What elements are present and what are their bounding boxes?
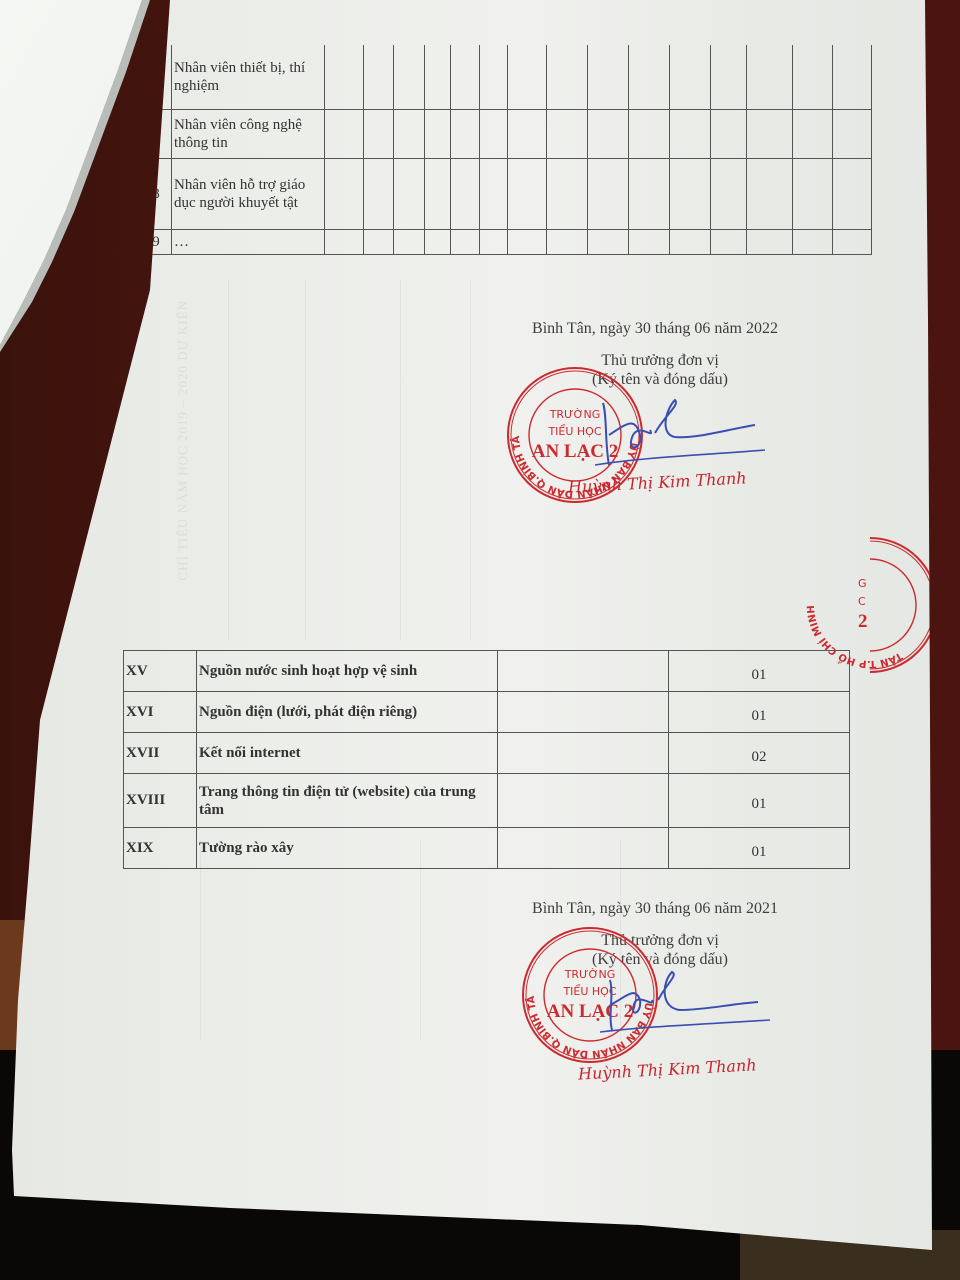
blank-cell [364, 230, 394, 255]
blank-cell [547, 230, 588, 255]
blank-cell [480, 230, 508, 255]
blank-cell [364, 159, 394, 230]
svg-text:TRƯỜNG: TRƯỜNG [549, 408, 601, 421]
item-label: Kết nối internet [197, 733, 498, 774]
show-through-line [228, 280, 229, 640]
blank-cell [480, 45, 508, 110]
show-through-line [305, 280, 306, 640]
blank-cell [325, 230, 364, 255]
blank-cell [833, 230, 872, 255]
table-row: XVIIITrang thông tin điện tử (website) c… [124, 774, 850, 828]
blank-cell [629, 110, 670, 159]
blank-cell [451, 159, 480, 230]
blank-cell [325, 45, 364, 110]
blank-cell [711, 110, 747, 159]
blank-cell [793, 45, 833, 110]
blank-cell [425, 110, 451, 159]
item-quantity: 01 [669, 651, 850, 692]
blank-cell [588, 159, 629, 230]
blank-cell [508, 110, 547, 159]
blank-cell [670, 230, 711, 255]
blank-cell [670, 45, 711, 110]
item-code: XVI [124, 692, 197, 733]
table-row: 7Nhân viên công nghệ thông tin [141, 110, 872, 159]
blank-cell [394, 45, 425, 110]
blank-cell [508, 230, 547, 255]
item-code: XIX [124, 828, 197, 869]
svg-text:2: 2 [858, 611, 868, 632]
blank-cell [747, 45, 793, 110]
blank-cell [588, 230, 629, 255]
blank-cell [547, 159, 588, 230]
blank-cell [833, 110, 872, 159]
blank-cell [508, 159, 547, 230]
blank-cell [629, 159, 670, 230]
blank-cell [793, 159, 833, 230]
blank-cell [480, 159, 508, 230]
blank-cell [547, 110, 588, 159]
blank-cell [498, 651, 669, 692]
blank-cell [747, 159, 793, 230]
table-row: 9… [141, 230, 872, 255]
handwritten-signature-icon [595, 395, 775, 475]
blank-cell [793, 230, 833, 255]
blank-cell [793, 110, 833, 159]
show-through-line [400, 280, 401, 640]
table-row: XVNguồn nước sinh hoạt hợp vệ sinh01 [124, 651, 850, 692]
blank-cell [498, 774, 669, 828]
blank-cell [394, 110, 425, 159]
blank-cell [325, 110, 364, 159]
blank-cell [629, 230, 670, 255]
item-label: Tường rào xây [197, 828, 498, 869]
staff-role: Nhân viên hỗ trợ giáo dục người khuyết t… [172, 159, 325, 230]
blank-cell [588, 45, 629, 110]
staff-role: Nhân viên thiết bị, thí nghiệm [172, 45, 325, 110]
blank-cell [711, 230, 747, 255]
item-label: Nguồn điện (lưới, phát điện riêng) [197, 692, 498, 733]
table-row: 6Nhân viên thiết bị, thí nghiệm [141, 45, 872, 110]
blank-cell [480, 110, 508, 159]
blank-cell [711, 45, 747, 110]
blank-cell [508, 45, 547, 110]
blank-cell [629, 45, 670, 110]
place-date-2022: Bình Tân, ngày 30 tháng 06 năm 2022 [505, 320, 805, 338]
staff-role: Nhân viên công nghệ thông tin [172, 110, 325, 159]
blank-cell [364, 110, 394, 159]
item-code: XV [124, 651, 197, 692]
blank-cell [451, 230, 480, 255]
blank-cell [451, 45, 480, 110]
blank-cell [425, 45, 451, 110]
blank-cell [747, 230, 793, 255]
staff-table: 6Nhân viên thiết bị, thí nghiệm7Nhân viê… [140, 45, 872, 255]
show-through-line [470, 280, 471, 640]
table-row: XVINguồn điện (lưới, phát điện riêng)01 [124, 692, 850, 733]
blank-cell [833, 159, 872, 230]
show-through-line [200, 840, 201, 1040]
place-date-2021: Bình Tân, ngày 30 tháng 06 năm 2021 [500, 900, 810, 918]
blank-cell [498, 828, 669, 869]
blank-cell [451, 110, 480, 159]
svg-text:C: C [858, 595, 866, 608]
item-quantity: 02 [669, 733, 850, 774]
blank-cell [833, 45, 872, 110]
blank-cell [425, 159, 451, 230]
blank-cell [394, 230, 425, 255]
item-label: Nguồn nước sinh hoạt hợp vệ sinh [197, 651, 498, 692]
item-code: XVII [124, 733, 197, 774]
item-label: Trang thông tin điện tử (website) của tr… [197, 774, 498, 828]
blank-cell [498, 733, 669, 774]
blank-cell [588, 110, 629, 159]
handwritten-signature-icon [600, 970, 780, 1040]
blank-cell [711, 159, 747, 230]
item-quantity: 01 [669, 828, 850, 869]
table-row: XIXTường rào xây01 [124, 828, 850, 869]
blank-cell [547, 45, 588, 110]
facilities-table: XVNguồn nước sinh hoạt hợp vệ sinh01XVIN… [123, 650, 850, 869]
blank-cell [394, 159, 425, 230]
item-code: XVIII [124, 774, 197, 828]
svg-text:TIỂU HỌC: TIỂU HỌC [547, 424, 601, 438]
blank-cell [747, 110, 793, 159]
show-through-line [420, 840, 421, 1040]
blank-cell [498, 692, 669, 733]
blank-cell [670, 159, 711, 230]
blank-cell [670, 110, 711, 159]
item-quantity: 01 [669, 774, 850, 828]
show-through-text: CHỈ TIÊU NĂM HỌC 2019 – 2020 DỰ KIẾN [175, 300, 191, 581]
staff-role: … [172, 230, 325, 255]
item-quantity: 01 [669, 692, 850, 733]
blank-cell [425, 230, 451, 255]
blank-cell [364, 45, 394, 110]
blank-cell [325, 159, 364, 230]
table-row: 8Nhân viên hỗ trợ giáo dục người khuyết … [141, 159, 872, 230]
table-row: XVIIKết nối internet02 [124, 733, 850, 774]
svg-text:G: G [858, 577, 867, 590]
